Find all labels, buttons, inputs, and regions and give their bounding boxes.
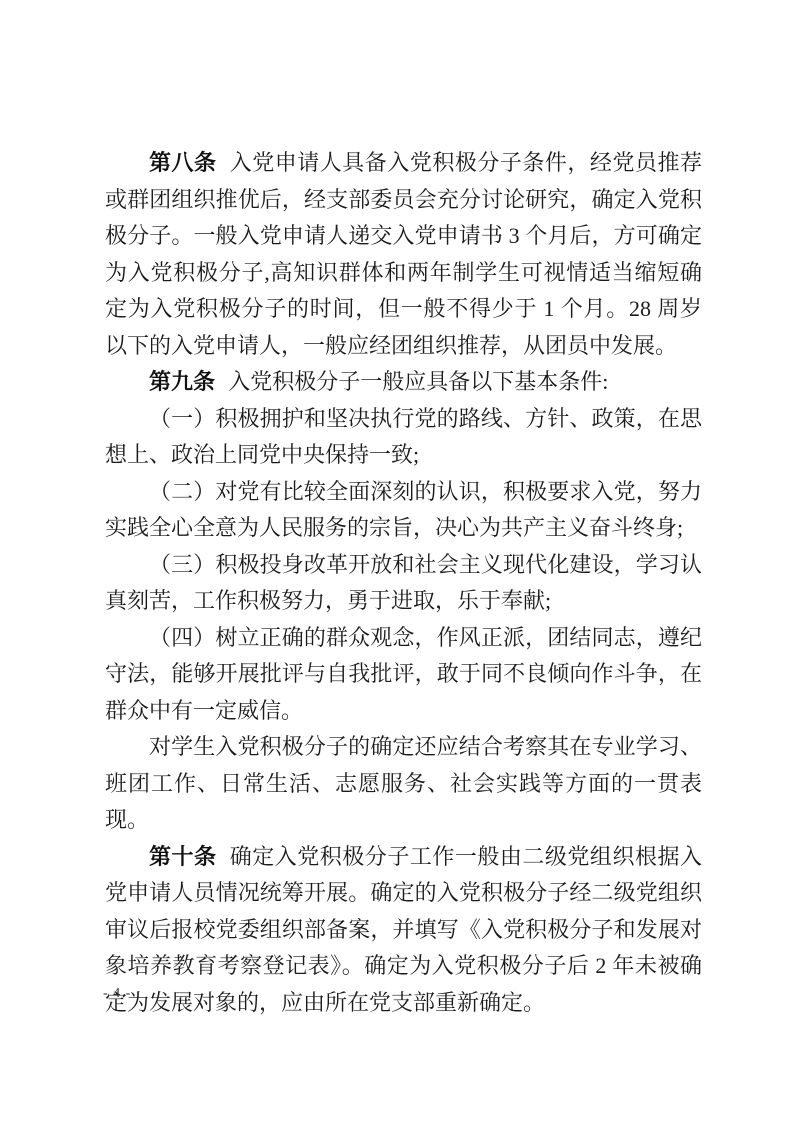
article-10-paragraph: 第十条确定入党积极分子工作一般由二级党组织根据入党申请人员情况统筹开展。确定的入… xyxy=(105,839,702,1022)
student-criteria-paragraph: 对学生入党积极分子的确定还应结合考察其在专业学习、班团工作、日常生活、志愿服务、… xyxy=(105,729,702,839)
article-9-item-3-text: （三）积极投身改革开放和社会主义现代化建设，学习认真刻苦，工作积极努力，勇于进取… xyxy=(105,552,702,614)
article-9-item-1-text: （一）积极拥护和坚决执行党的路线、方针、政策，在思想上、政治上同党中央保持一致; xyxy=(105,406,702,468)
article-9-number: 第九条 xyxy=(149,369,215,394)
article-9-item-2: （二）对党有比较全面深刻的认识，积极要求入党，努力实践全心全意为人民服务的宗旨，… xyxy=(105,474,702,547)
student-criteria-text: 对学生入党积极分子的确定还应结合考察其在专业学习、班团工作、日常生活、志愿服务、… xyxy=(105,734,702,832)
article-8-paragraph: 第八条入党申请人具备入党积极分子条件，经党员推荐或群团组织推优后，经支部委员会充… xyxy=(105,145,702,364)
article-9-paragraph: 第九条入党积极分子一般应具备以下基本条件: xyxy=(105,364,702,401)
document-page: 第八条入党申请人具备入党积极分子条件，经党员推荐或群团组织推优后，经支部委员会充… xyxy=(0,0,794,1123)
article-9-item-4: （四）树立正确的群众观念，作风正派，团结同志，遵纪守法，能够开展批评与自我批评，… xyxy=(105,620,702,730)
article-9-text: 入党积极分子一般应具备以下基本条件: xyxy=(228,369,608,394)
article-10-number: 第十条 xyxy=(149,844,217,869)
article-9-item-3: （三）积极投身改革开放和社会主义现代化建设，学习认真刻苦，工作积极努力，勇于进取… xyxy=(105,547,702,620)
article-9-item-4-text: （四）树立正确的群众观念，作风正派，团结同志，遵纪守法，能够开展批评与自我批评，… xyxy=(105,625,702,723)
article-8-text: 入党申请人具备入党积极分子条件，经党员推荐或群团组织推优后，经支部委员会充分讨论… xyxy=(105,150,702,358)
article-9-item-2-text: （二）对党有比较全面深刻的认识，积极要求入党，努力实践全心全意为人民服务的宗旨，… xyxy=(105,479,702,541)
article-8-number: 第八条 xyxy=(149,150,217,175)
page-number: - 4 - xyxy=(103,986,131,1002)
article-10-text: 确定入党积极分子工作一般由二级党组织根据入党申请人员情况统筹开展。确定的入党积极… xyxy=(105,844,702,1015)
document-body: 第八条入党申请人具备入党积极分子条件，经党员推荐或群团组织推优后，经支部委员会充… xyxy=(105,145,702,1021)
article-9-item-1: （一）积极拥护和坚决执行党的路线、方针、政策，在思想上、政治上同党中央保持一致; xyxy=(105,401,702,474)
